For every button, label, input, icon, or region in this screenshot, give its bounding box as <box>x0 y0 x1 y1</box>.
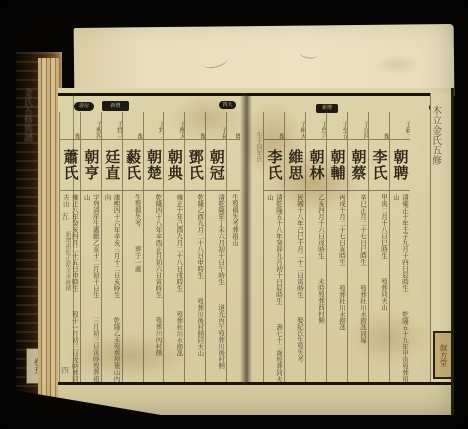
biography-text: 康熙四十六年辛亥三月十二日亥時生 乾隆乙未歿葬屋後山內向 <box>102 191 122 382</box>
genealogy-column: 子至五 朝輔 丙戌十月二十七日亥時生 歿葬杜川水撈氹 <box>326 112 347 382</box>
ancestor-name: 朝亨 <box>81 140 101 191</box>
biography-text: 清乾隆年丁未六月初十日午時生 道光丙午歿葬川後村側 <box>206 191 226 382</box>
pencil-squiggle <box>299 48 318 59</box>
ancestor-name: 藙氏 <box>123 140 143 191</box>
column-relation-label: 子長 <box>206 112 226 140</box>
genealogy-column: 配 鄧氏 乾隆乙酉九月二十八日申時生 歿葬川後村側同夫山 <box>184 112 205 382</box>
section-badge: 四大 <box>219 101 236 109</box>
page-edge-line <box>451 88 454 415</box>
biography-text: 丙戌十月二十七日亥時生 歿葬杜川水撈氹 <box>327 191 347 382</box>
genealogy-column: 配 藙氏 生歿俱失考 葬于一處 <box>122 112 143 382</box>
ancestor-name: 維思 <box>285 140 305 191</box>
genealogy-column: 子甡三 廷直 康熙四十六年辛亥三月十二日亥時生 乾隆乙未歿葬屋後山內向 <box>101 112 122 382</box>
biography-text: 甲寅二月十八日巳時生 歿葬同夫山 <box>369 191 389 382</box>
biography-text: 乾隆四十八年辛酉正月初六日寅時生 歿葬川內村側 <box>144 191 164 382</box>
genealogy-column: 配 蕭氏 雍正八年癸亥四月二十五日申時生 歿十一月初三日戌時葬同夫山 <box>59 112 80 382</box>
biography-text: 乾隆乙酉九月二十八日申時生 歿葬川後村側同夫山 <box>185 191 205 382</box>
column-relation-label: 子緝大 <box>285 112 305 140</box>
genealogy-column: 陛 生歿俱失考葬祖山 <box>226 112 240 382</box>
ancestor-name: 朝林 <box>306 140 326 191</box>
column-relation-label: 子良四 <box>348 112 368 140</box>
column-relation-label: 子至五 <box>327 112 347 140</box>
biography-text: 辛巳正月二十七日巳時生 歿葬杜川水撈氹同塚 <box>348 191 368 382</box>
section-badge: 新增 <box>102 101 129 111</box>
genealogy-column: 配 李氏 甲寅二月十八日巳時生 歿葬同夫山 <box>368 112 389 382</box>
column-relation-label: 子毅二 <box>390 112 410 140</box>
section-badge: 壽房 <box>74 102 94 111</box>
biography-text: 雍正八年癸亥四月二十五日申時生 歿十一月初三日戌時葬同夫山 <box>60 191 80 382</box>
ancestor-name: 朝聘 <box>390 140 410 191</box>
biography-text: 乙亥四月十六日戌時生 未時歿葬西村側 <box>306 191 326 382</box>
column-relation-label: 配 <box>60 112 80 140</box>
biography-text: 清乾隆五十八年癸卯九月初十日辰時生 壽七十二歲歿葬同夫山 <box>264 191 284 382</box>
ancestor-name: 朝輔 <box>327 140 347 191</box>
left-page: 配 蕭氏 雍正八年癸亥四月二十五日申時生 歿十一月初三日戌時葬同夫山 子熙四 朝… <box>59 112 240 382</box>
printed-border-bottom <box>58 382 454 385</box>
ancestor-name: 蕭氏 <box>60 140 80 191</box>
spine-title-text: 金氏五修族譜 <box>20 88 34 208</box>
biography-text: 生歿俱失考葬祖山 <box>227 191 240 382</box>
column-relation-label: 陛 <box>227 112 240 140</box>
ancestor-name: 李氏 <box>369 140 389 191</box>
open-pages: 五 新增祖松正派全承統緒 四 壽房 新增 四大 新增 四五 配 蕭氏 雍正八年癸… <box>58 88 454 415</box>
paper-stain <box>374 54 420 74</box>
ancestor-name: 朝楚 <box>144 140 164 191</box>
fore-edge-title-clip: 木立金氏五修 <box>433 105 444 201</box>
genealogy-column: 子毅二 朝聘 清雍正十年壬子九月十四日辰時生 乾隆五十九年甲寅歿葬祖山 <box>389 112 410 382</box>
inner-margin-note: 生于同年氏 <box>254 132 263 252</box>
genealogy-column: 子長 朝冠 清乾隆年丁未六月初十日午時生 道光丙午歿葬川後村側 <box>205 112 226 382</box>
ancestor-name: 朝蔡 <box>348 140 368 191</box>
ancestor-name: 李氏 <box>264 140 284 191</box>
column-relation-label: 配 <box>264 112 284 140</box>
ancestor-name: 廷直 <box>102 140 122 191</box>
fore-edge-title-chars: 木立金氏五修 <box>433 105 441 165</box>
genealogy-column: 子熙四 朝亨 字列清庠生處館乙亥十二月初十日生 三月初三日寅時歿葬祖山 <box>80 112 101 382</box>
genealogy-column: 配 李氏 清乾隆五十八年癸卯九月初十日辰時生 壽七十二歲歿葬同夫山 <box>263 112 284 382</box>
center-fold-shadow <box>240 93 252 385</box>
genealogy-column: 子甡二 朝楚 乾隆四十八年辛酉正月初六日寅時生 歿葬川內村側 <box>143 112 164 382</box>
biography-text: 清雍正十年壬子九月十四日辰時生 乾隆五十九年甲寅歿葬祖山 <box>390 191 410 382</box>
column-relation-label: 子熙大 <box>164 112 184 140</box>
pencil-squiggle <box>201 51 229 70</box>
column-relation-label: 子熙四 <box>81 112 101 140</box>
biography-text: 字列清庠生處館乙亥十二月初十日生 三月初三日寅時歿葬祖山 <box>81 191 101 382</box>
printed-border-top <box>58 93 454 96</box>
column-relation-label: 配 <box>123 112 143 140</box>
fore-edge-strip: 木立金氏五修 叙方堂 <box>430 93 452 382</box>
ancestor-name: 鄧氏 <box>185 140 205 191</box>
right-page: 配 李氏 清乾隆五十八年癸卯九月初十日辰時生 壽七十二歲歿葬同夫山 子緝大 維思… <box>263 112 435 382</box>
biography-text: 民國十八年己巳十月二十二日寅時生 娶紀氏生歿失考 <box>285 191 305 382</box>
ancestor-name <box>227 140 240 191</box>
column-relation-label: 子烈六 <box>306 112 326 140</box>
biography-text: 雍正十年己酉九月二十八日戌時生 歿葬杜川水撈氹 <box>164 191 184 382</box>
genealogy-column: 子熙大 朝典 雍正十年己酉九月二十八日戌時生 歿葬杜川水撈氹 <box>163 112 184 382</box>
ancestor-name: 朝典 <box>164 140 184 191</box>
biography-text: 生歿俱失考 葬于一處 <box>123 191 143 382</box>
stacked-page-edges <box>38 58 60 414</box>
genealogy-column: 子良四 朝蔡 辛巳正月二十七日巳時生 歿葬杜川水撈氹同塚 <box>347 112 368 382</box>
genealogy-column: 子烈六 朝林 乙亥四月十六日戌時生 未時歿葬西村側 <box>305 112 326 382</box>
column-relation-label: 配 <box>369 112 389 140</box>
column-relation-label: 配 <box>185 112 205 140</box>
ancestor-name: 朝冠 <box>206 140 226 191</box>
genealogy-column: 子緝大 維思 民國十八年己巳十月二十二日寅時生 娶紀氏生歿失考 <box>284 112 305 382</box>
photo-of-genealogy-book: 金氏五修族譜 卷五 五 新增祖松正派全承統緒 四 壽房 新增 四大 新增 四五 … <box>0 0 468 429</box>
column-relation-label: 子甡三 <box>102 112 122 140</box>
column-relation-label: 子甡二 <box>144 112 164 140</box>
